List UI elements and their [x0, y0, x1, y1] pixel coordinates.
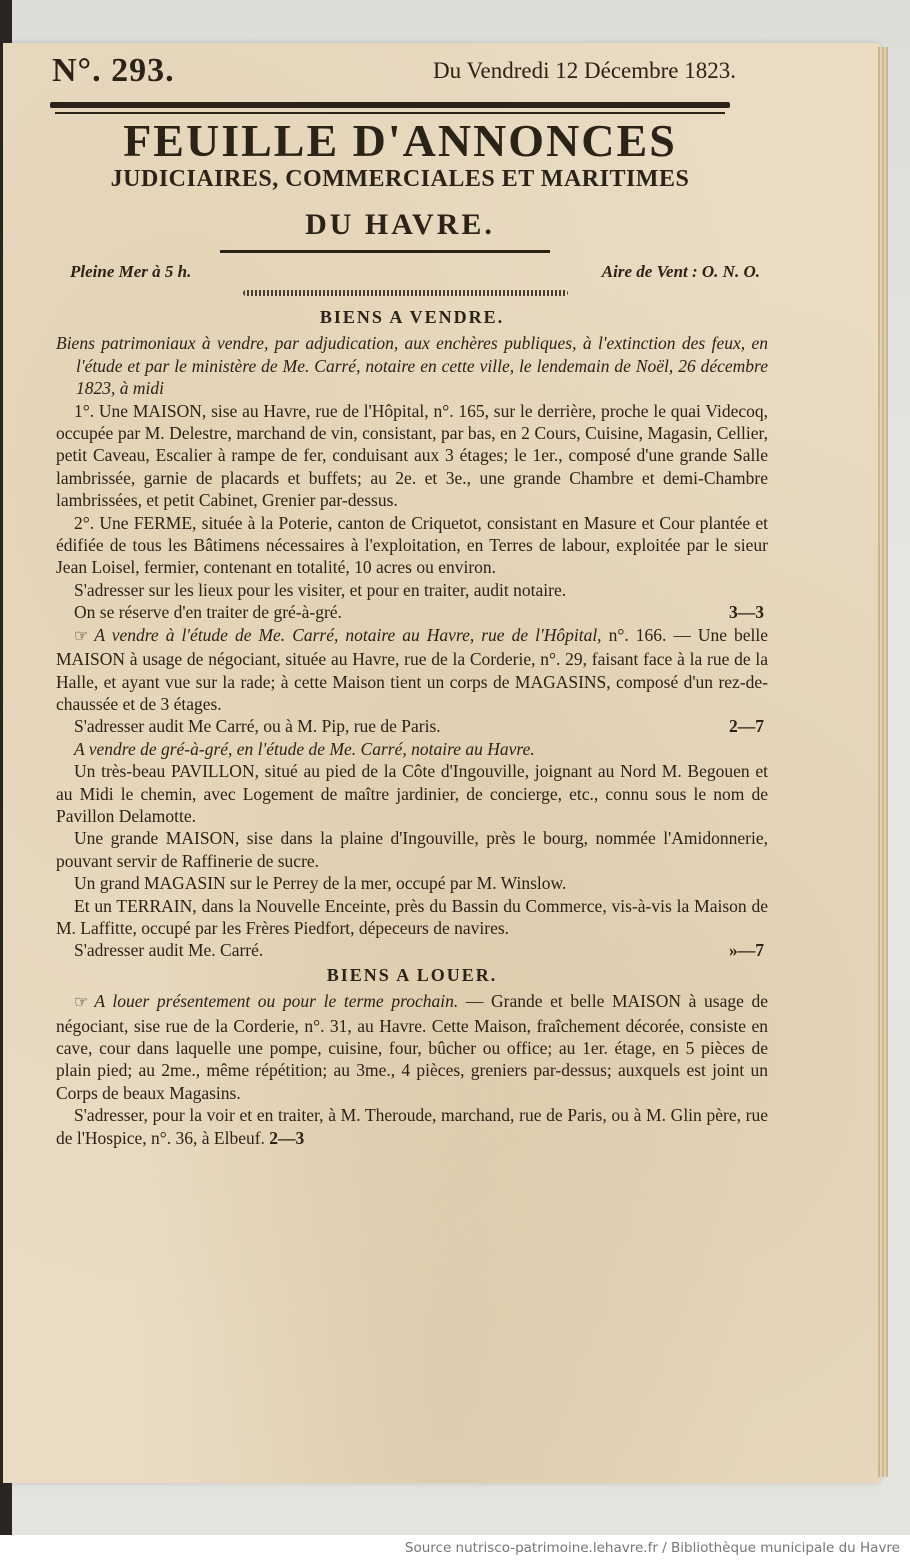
newspaper-subtitle: JUDICIAIRES, COMMERCIALES ET MARITIMES [40, 165, 760, 193]
sale-reserve: On se réserve d'en traiter de gré-à-gré. [56, 601, 342, 623]
ad-carre-lead: A vendre à l'étude de Me. Carré, notaire… [94, 625, 601, 645]
ad-carre-contact-row: S'adresser audit Me Carré, ou à M. Pip, … [56, 715, 768, 737]
pointing-hand-icon: ☞ [74, 628, 88, 645]
tide-wind-line: Pleine Mer à 5 h. Aire de Vent : O. N. O… [70, 262, 760, 286]
title-rule [220, 250, 550, 253]
announcements-body: BIENS A VENDRE. Biens patrimoniaux à ven… [56, 304, 768, 1149]
rent-code: 2—3 [269, 1128, 304, 1148]
ad-pavillon: Un très-beau PAVILLON, situé au pied de … [56, 760, 768, 827]
rent-lead: A louer présentement ou pour le terme pr… [94, 991, 458, 1011]
sale-intro: Biens patrimoniaux à vendre, par adjudic… [56, 332, 768, 399]
rent-contact-text: S'adresser, pour la voir et en traiter, … [56, 1105, 768, 1147]
sale-reserve-code: 3—3 [711, 601, 764, 623]
rent-ad: ☞A louer présentement ou pour le terme p… [56, 990, 768, 1104]
wavy-rule [243, 290, 568, 296]
sale-reserve-row: On se réserve d'en traiter de gré-à-gré.… [56, 601, 768, 623]
rent-contact: S'adresser, pour la voir et en traiter, … [56, 1104, 768, 1149]
ad-gre-contact-row: S'adresser audit Me. Carré. »—7 [56, 939, 768, 961]
wind-direction: Aire de Vent : O. N. O. [602, 262, 760, 282]
section-heading-rent: BIENS A LOUER. [56, 964, 768, 986]
section-heading-sale: BIENS A VENDRE. [56, 306, 768, 328]
ad-gre-code: »—7 [711, 939, 764, 961]
ad-gre-contact: S'adresser audit Me. Carré. [56, 939, 263, 961]
masthead-rule-thin [55, 112, 725, 114]
ad-carre-contact: S'adresser audit Me Carré, ou à M. Pip, … [56, 715, 441, 737]
high-tide: Pleine Mer à 5 h. [70, 262, 191, 282]
ad-gre-a-gre-lead: A vendre de gré-à-gré, en l'étude de Me.… [56, 738, 768, 760]
sale-contact: S'adresser sur les lieux pour les visite… [56, 579, 768, 601]
ad-terrain: Et un TERRAIN, dans la Nouvelle Enceinte… [56, 895, 768, 940]
newspaper-title: FEUILLE D'ANNONCES [40, 116, 760, 166]
newspaper-place: DU HAVRE. [40, 208, 760, 242]
source-caption: Source nutrisco-patrimoine.lehavre.fr / … [405, 1540, 900, 1556]
ad-magasin: Un grand MAGASIN sur le Perrey de la mer… [56, 872, 768, 894]
sale-item-maison: 1°. Une MAISON, sise au Havre, rue de l'… [56, 400, 768, 512]
ad-carre-code: 2—7 [711, 715, 764, 737]
pointing-hand-icon: ☞ [74, 994, 88, 1011]
masthead-top-line: N°. 293. Du Vendredi 12 Décembre 1823. [48, 52, 748, 92]
page-edges [878, 47, 888, 1477]
issue-date: Du Vendredi 12 Décembre 1823. [433, 58, 736, 84]
sale-item-ferme: 2°. Une FERME, située à la Poterie, cant… [56, 512, 768, 579]
masthead-rule-thick [50, 102, 730, 108]
ad-carre-maison: ☞A vendre à l'étude de Me. Carré, notair… [56, 624, 768, 716]
ad-amidonnerie: Une grande MAISON, sise dans la plaine d… [56, 827, 768, 872]
issue-number: N°. 293. [52, 52, 175, 90]
